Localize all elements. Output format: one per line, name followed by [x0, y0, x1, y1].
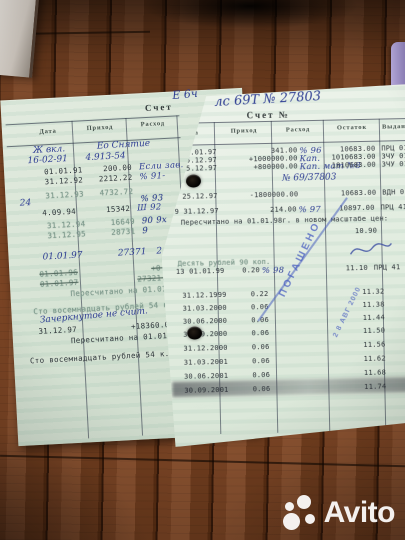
col-header-credit: Приход [76, 124, 124, 133]
ledger-row: 31.12.934732.72% 93 [45, 186, 163, 201]
col-header-balance: Остаток [327, 125, 377, 133]
ledger-row: 01.01.97273712 96 [42, 247, 176, 263]
col-header-debit: Расход [130, 120, 176, 129]
ledger-row: 30.09.20000.0611.50 [183, 328, 385, 340]
ledger-note: Пересчитано на 01.01.98г. в новом масшта… [181, 215, 389, 227]
furniture-corner [0, 0, 40, 78]
left-book-title: Счет [145, 103, 173, 113]
ledger-row: 31.12.20000.0611.56 [183, 342, 385, 354]
col-header-credit: Приход [219, 128, 269, 136]
paid-off-stamp: ПОГАШЕНО [278, 220, 323, 299]
avito-watermark-text: Avito [324, 498, 395, 528]
hand-margin-note: 24 [20, 199, 32, 209]
ledger-note: Сто восемнадцать рублей 54 к. [30, 350, 170, 366]
right-book-title: Счет № [247, 110, 290, 120]
punch-hole [186, 174, 201, 187]
ledger-row: 31.03.20010.0611.62 [184, 356, 386, 368]
ledger-row: 30.06.20000.0611.44 [183, 315, 385, 327]
avito-logo-icon [282, 494, 318, 531]
passbook-right: лс 69Т № 27803 Счет № Дата Приход Расход… [158, 84, 405, 447]
avito-watermark: Avito [282, 494, 395, 531]
col-header-issued: Выдано [381, 124, 405, 131]
floor-plank-seam [0, 455, 405, 468]
ledger-balance: 10.90 [329, 228, 377, 237]
col-header-date: Дата [26, 128, 70, 137]
col-header-debit: Расход [275, 127, 321, 134]
photo-scene: Е 6ч Счет Дата Приход Расход Ж вкл. Ео С… [0, 0, 405, 540]
signature-squiggle [346, 236, 395, 263]
left-account-note: Е 6ч [172, 88, 198, 101]
hand-note: Ео Снятие [97, 140, 151, 152]
hand-note: № 69/37803 [282, 174, 337, 184]
